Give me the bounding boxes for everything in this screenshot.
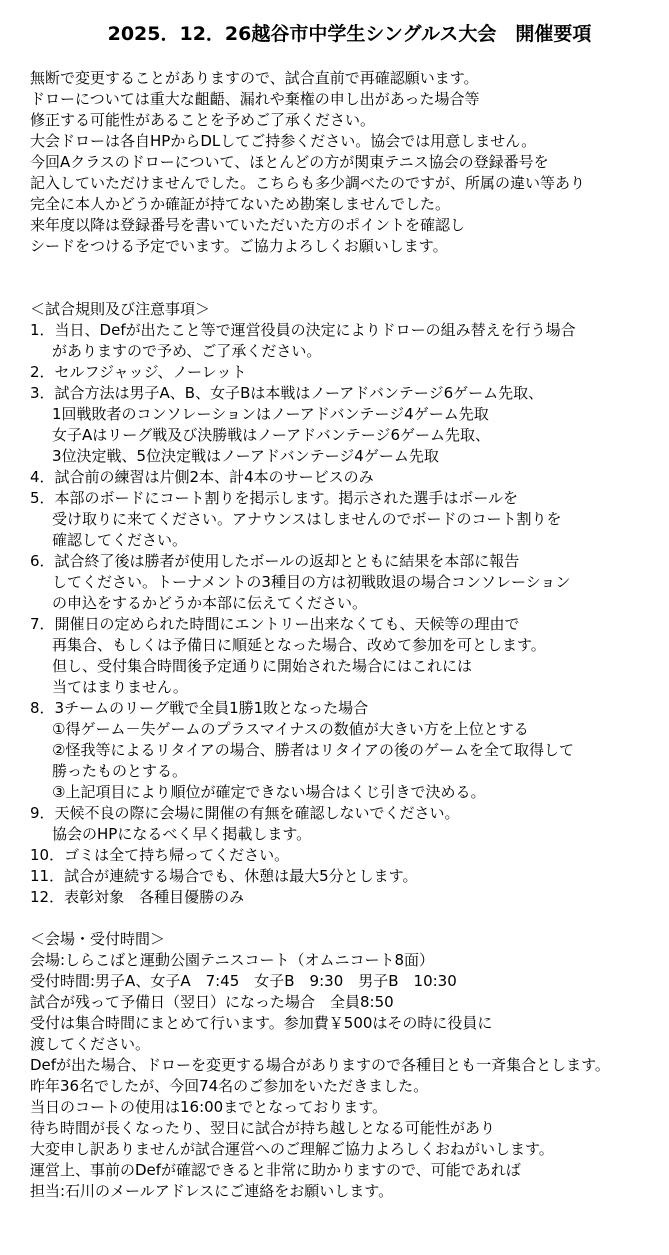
paragraph-line: 無断で変更することがありますので、試合直前で再確認願います。: [30, 68, 669, 89]
list-item-continuation: の申込をするかどうか本部に伝えてください。: [30, 593, 669, 614]
list-item-continuation: 当てはまりません。: [30, 677, 669, 698]
document-title: 2025．12．26越谷市中学生シングルス大会 開催要項: [30, 22, 669, 46]
paragraph-line: 来年度以降は登録番号を書いていただいた方のポイントを確認し: [30, 215, 669, 236]
paragraph-line: 完全に本人かどうか確証が持てないため勘案しませんでした。: [30, 194, 669, 215]
list-item: 10．ゴミは全て持ち帰ってください。: [30, 845, 669, 866]
document-body: 無断で変更することがありますので、試合直前で再確認願います。ドローについては重大…: [30, 68, 669, 1202]
list-item-text: 試合前の練習は片側2本、計4本のサービスのみ: [55, 468, 374, 486]
list-item-text: 3チームのリーグ戦で全員1勝1敗となった場合: [55, 699, 369, 717]
list-item-text: 試合方法は男子A、B、女子Bは本戦はノーアドバンテージ6ゲーム先取、: [55, 384, 544, 402]
paragraph-line: 大会ドローは各自HPからDLしてご持参ください。協会では用意しません。: [30, 131, 669, 152]
list-item-number: 11．: [30, 866, 64, 887]
paragraph-line: 会場:しらこばと運動公園テニスコート（オムニコート8面）: [30, 950, 669, 971]
paragraph-line: シードをつける予定でいます。ご協力よろしくお願いします。: [30, 236, 669, 257]
list-item-continuation: 1回戦敗者のコンソレーションはノーアドバンテージ4ゲーム先取: [30, 404, 669, 425]
list-item-continuation: 3位決定戦、5位決定戦はノーアドバンテージ4ゲーム先取: [30, 446, 669, 467]
list-item-continuation: ③上記項目により順位が確定できない場合はくじ引きで決める。: [30, 782, 669, 803]
blank-line: [30, 257, 669, 278]
list-item-continuation: がありますので予め、ご了承ください。: [30, 341, 669, 362]
paragraph-line: 試合が残って予備日（翌日）になった場合 全員8:50: [30, 992, 669, 1013]
list-item: 9．天候不良の際に会場に開催の有無を確認しないでください。: [30, 803, 669, 824]
list-item-number: 8．: [30, 698, 55, 719]
list-item-continuation: してください。トーナメントの3種目の方は初戦敗退の場合コンソレーション: [30, 572, 669, 593]
paragraph-line: 修正する可能性があることを予めご了承ください。: [30, 110, 669, 131]
list-item-text: 当日、Defが出たこと等で運営役員の決定によりドローの組み替えを行う場合: [55, 321, 576, 339]
paragraph-line: ドローについては重大な齟齬、漏れや棄権の申し出があった場合等: [30, 89, 669, 110]
list-item-text: ゴミは全て持ち帰ってください。: [64, 846, 289, 864]
list-item-text: 試合終了後は勝者が使用したボールの返却とともに結果を本部に報告: [55, 552, 520, 570]
list-item-continuation: 確認してください。: [30, 530, 669, 551]
list-item-continuation: ①得ゲーム－失ゲームのプラスマイナスの数値が大きい方を上位とする: [30, 719, 669, 740]
paragraph-line: 当日のコートの使用は16:00までとなっております。: [30, 1097, 669, 1118]
list-item-number: 6．: [30, 551, 55, 572]
list-item-number: 5．: [30, 488, 55, 509]
list-item-number: 1．: [30, 320, 55, 341]
list-item-continuation: 再集合、もしくは予備日に順延となった場合、改めて参加を可とします。: [30, 635, 669, 656]
list-item-number: 3．: [30, 383, 55, 404]
document-page: 2025．12．26越谷市中学生シングルス大会 開催要項 無断で変更することがあ…: [0, 0, 669, 1255]
section-heading: ＜会場・受付時間＞: [30, 929, 669, 950]
list-item: 8．3チームのリーグ戦で全員1勝1敗となった場合: [30, 698, 669, 719]
list-item: 1．当日、Defが出たこと等で運営役員の決定によりドローの組み替えを行う場合: [30, 320, 669, 341]
list-item-continuation: ②怪我等によるリタイアの場合、勝者はリタイアの後のゲームを全て取得して: [30, 740, 669, 761]
list-item-number: 12．: [30, 887, 64, 908]
list-item-continuation: 協会のHPになるべく早く掲載します。: [30, 824, 669, 845]
paragraph-line: 待ち時間が長くなったり、翌日に試合が持ち越しとなる可能性があり: [30, 1118, 669, 1139]
paragraph-line: 昨年36名でしたが、今回74名のご参加をいただきました。: [30, 1076, 669, 1097]
paragraph-line: 記入していただけませんでした。こちらも多少調べたのですが、所属の違い等あり: [30, 173, 669, 194]
blank-line: [30, 908, 669, 929]
list-item-continuation: 勝ったものとする。: [30, 761, 669, 782]
paragraph-line: 渡してください。: [30, 1034, 669, 1055]
list-item: 12．表彰対象 各種目優勝のみ: [30, 887, 669, 908]
list-item-text: 本部のボードにコート割りを掲示します。掲示された選手はボールを: [55, 489, 519, 507]
list-item-number: 9．: [30, 803, 55, 824]
list-item: 4．試合前の練習は片側2本、計4本のサービスのみ: [30, 467, 669, 488]
paragraph-line: 運営上、事前のDefが確認できると非常に助かりますので、可能であれば: [30, 1160, 669, 1181]
list-item-text: セルフジャッジ、ノーレット: [55, 363, 247, 381]
list-item-continuation: 女子Aはリーグ戦及び決勝戦はノーアドバンテージ6ゲーム先取、: [30, 425, 669, 446]
list-item-text: 天候不良の際に会場に開催の有無を確認しないでください。: [55, 804, 460, 822]
list-item-continuation: 受け取りに来てください。アナウンスはしませんのでボードのコート割りを: [30, 509, 669, 530]
paragraph-line: 受付時間:男子A、女子A 7:45 女子B 9:30 男子B 10:30: [30, 971, 669, 992]
section-heading: ＜試合規則及び注意事項＞: [30, 299, 669, 320]
list-item-text: 試合が連続する場合でも、休憩は最大5分とします。: [64, 867, 417, 885]
paragraph-line: Defが出た場合、ドローを変更する場合がありますので各種目とも一斉集合とします。: [30, 1055, 669, 1076]
paragraph-line: 担当:石川のメールアドレスにご連絡をお願いします。: [30, 1181, 669, 1202]
blank-line: [30, 278, 669, 299]
list-item: 2．セルフジャッジ、ノーレット: [30, 362, 669, 383]
list-item: 5．本部のボードにコート割りを掲示します。掲示された選手はボールを: [30, 488, 669, 509]
list-item-number: 2．: [30, 362, 55, 383]
list-item-text: 開催日の定められた時間にエントリー出来なくても、天候等の理由で: [55, 615, 520, 633]
list-item-number: 4．: [30, 467, 55, 488]
list-item-number: 10．: [30, 845, 64, 866]
list-item-continuation: 但し、受付集合時間後予定通りに開始された場合にはこれには: [30, 656, 669, 677]
list-item-text: 表彰対象 各種目優勝のみ: [64, 888, 244, 906]
list-item: 3．試合方法は男子A、B、女子Bは本戦はノーアドバンテージ6ゲーム先取、: [30, 383, 669, 404]
list-item: 11．試合が連続する場合でも、休憩は最大5分とします。: [30, 866, 669, 887]
list-item-number: 7．: [30, 614, 55, 635]
paragraph-line: 大変申し訳ありませんが試合運営へのご理解ご協力よろしくおねがいします。: [30, 1139, 669, 1160]
list-item: 7．開催日の定められた時間にエントリー出来なくても、天候等の理由で: [30, 614, 669, 635]
list-item: 6．試合終了後は勝者が使用したボールの返却とともに結果を本部に報告: [30, 551, 669, 572]
paragraph-line: 今回Aクラスのドローについて、ほとんどの方が関東テニス協会の登録番号を: [30, 152, 669, 173]
paragraph-line: 受付は集合時間にまとめて行います。参加費￥500はその時に役員に: [30, 1013, 669, 1034]
